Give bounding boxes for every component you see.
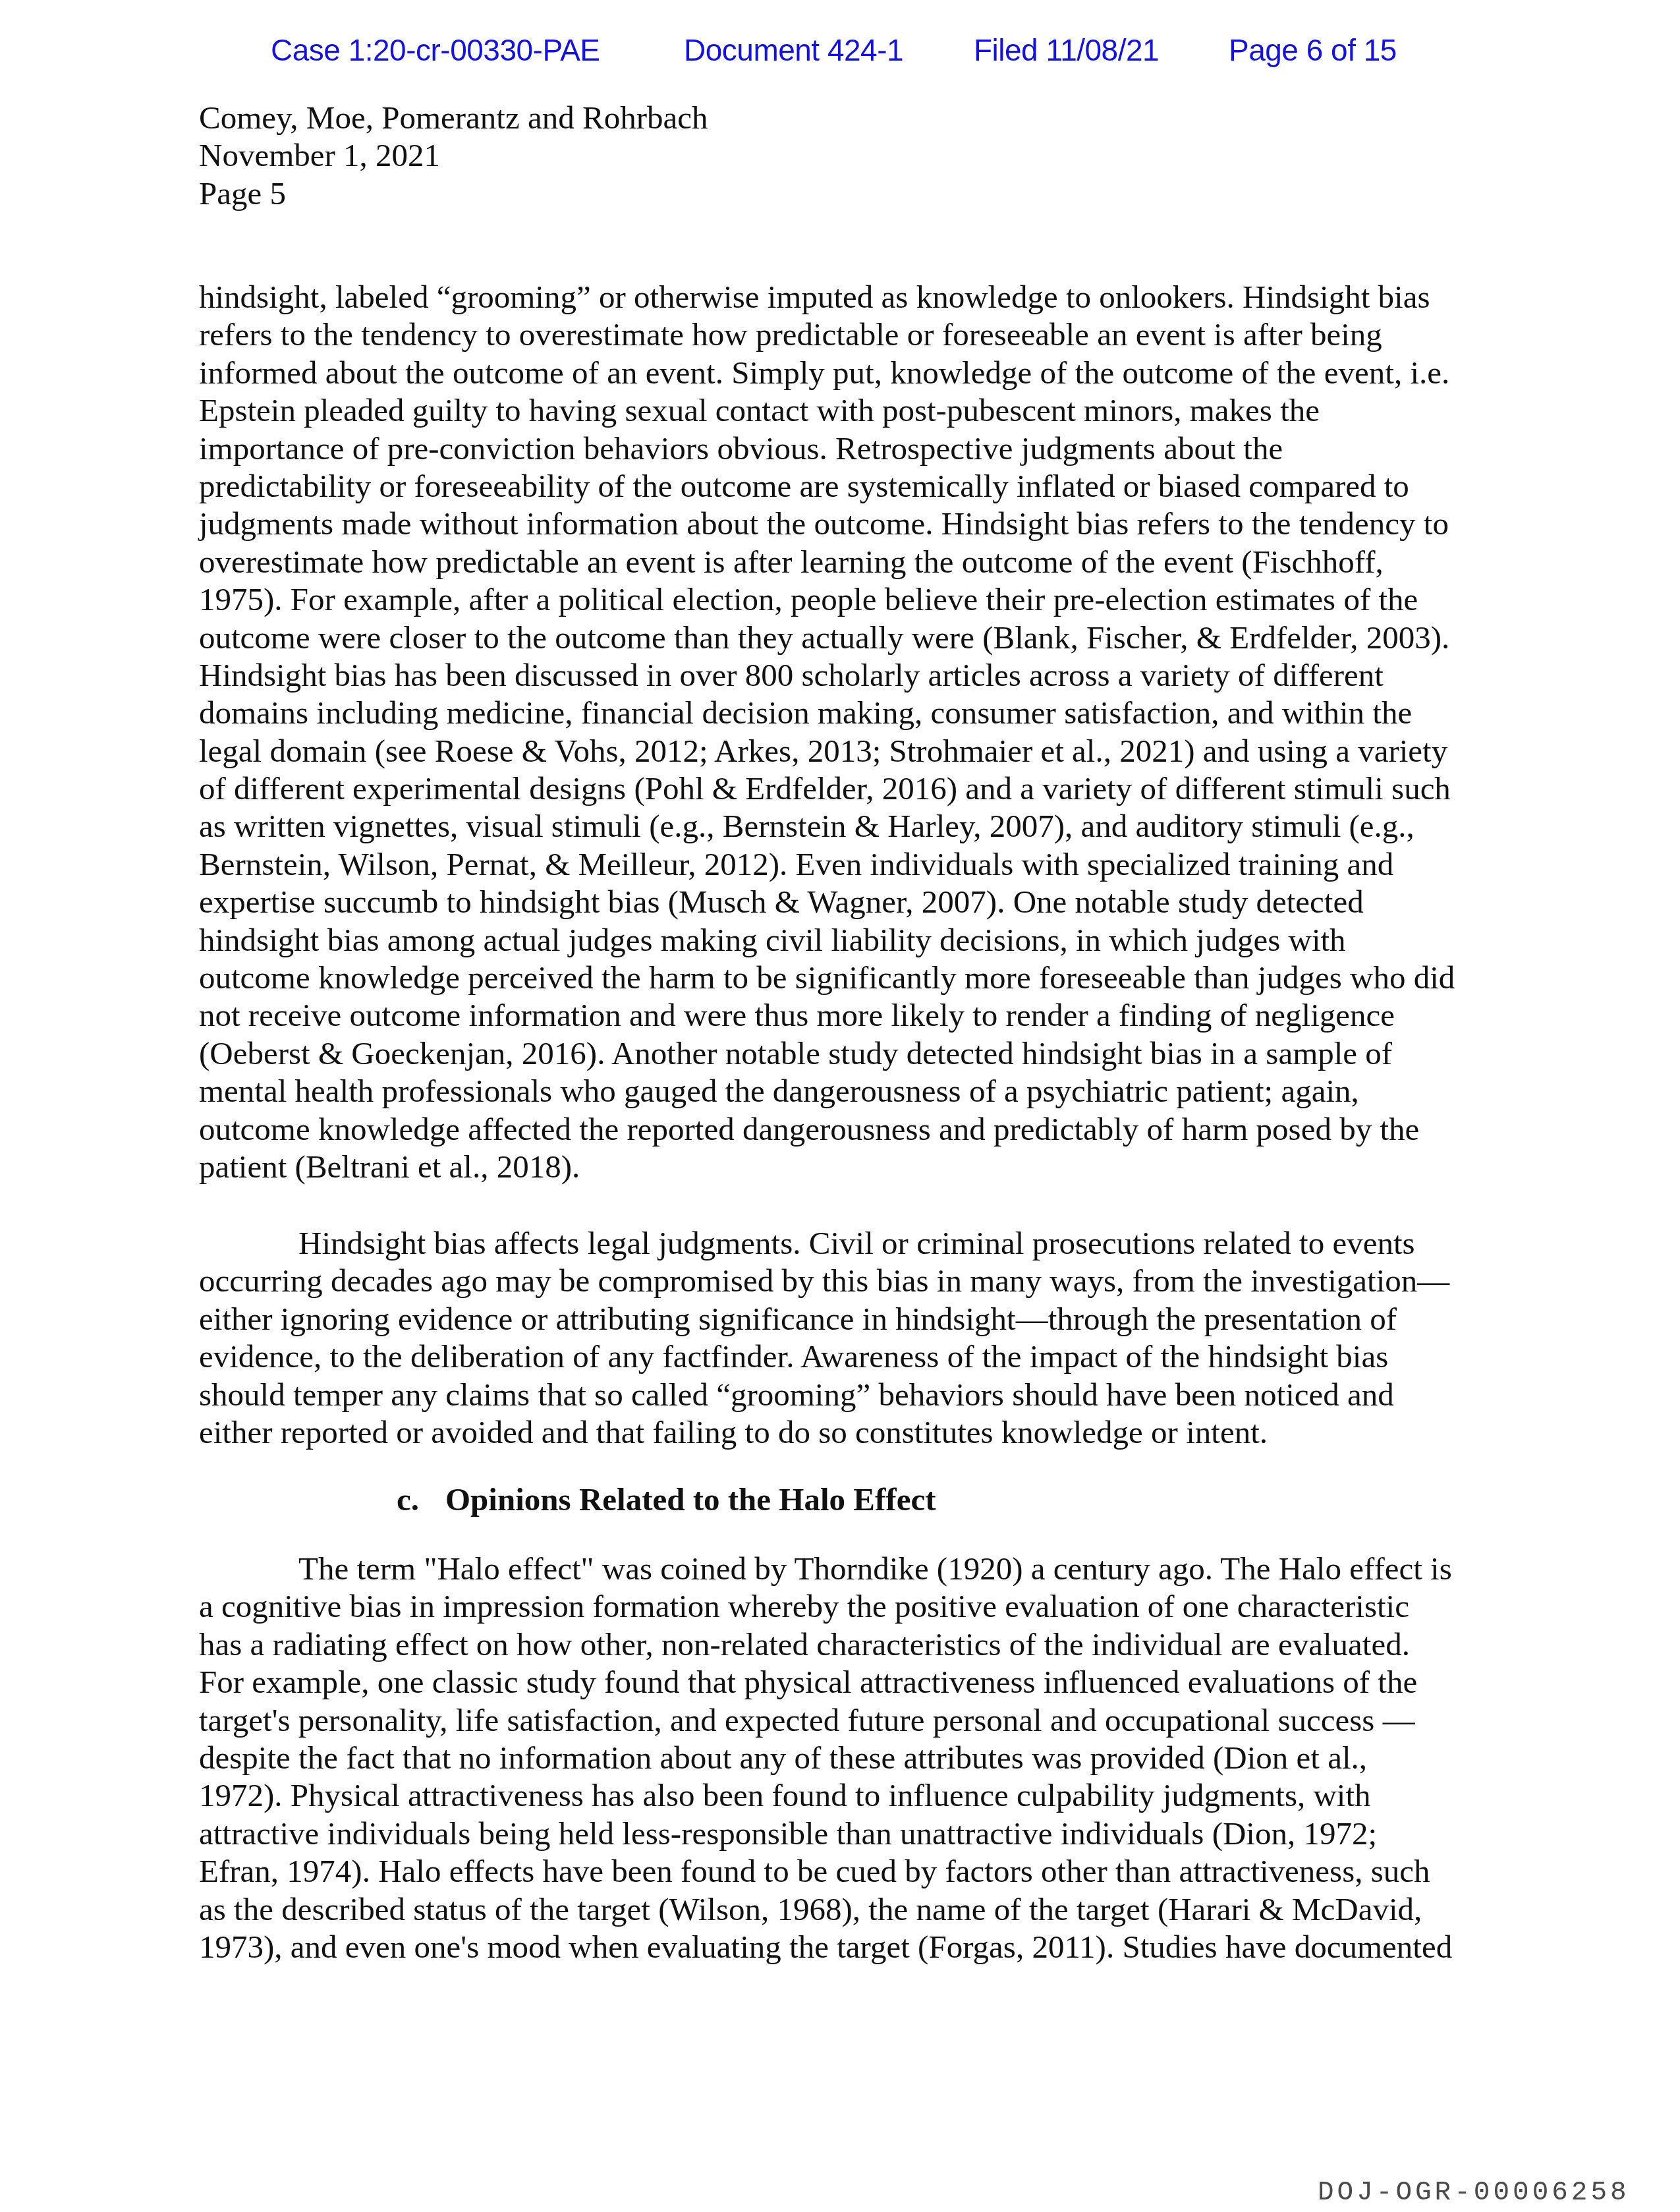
text-line: outcome knowledge affected the reported … — [199, 1110, 1455, 1148]
text-line: domains including medicine, financial de… — [199, 694, 1455, 731]
text-line: either reported or avoided and that fail… — [199, 1413, 1449, 1451]
text-line: predictability or foreseeability of the … — [199, 467, 1455, 505]
text-line: either ignoring evidence or attributing … — [199, 1300, 1449, 1338]
document-page: Case 1:20-cr-00330-PAE Document 424-1 Fi… — [0, 0, 1680, 2212]
ecf-document-number: Document 424-1 — [684, 35, 903, 65]
text-line: judgments made without information about… — [199, 505, 1455, 542]
text-line: 1972). Physical attractiveness has also … — [199, 1776, 1452, 1814]
text-line: informed about the outcome of an event. … — [199, 354, 1455, 391]
paragraph-hindsight-bias-research: hindsight, labeled “grooming” or otherwi… — [199, 278, 1455, 1185]
text-line: expertise succumb to hindsight bias (Mus… — [199, 883, 1455, 921]
text-line: Hindsight bias affects legal judgments. … — [199, 1224, 1449, 1262]
text-line: target's personality, life satisfaction,… — [199, 1701, 1452, 1739]
text-line: 1975). For example, after a political el… — [199, 581, 1455, 618]
text-line: has a radiating effect on how other, non… — [199, 1626, 1452, 1663]
letterhead-page: Page 5 — [199, 175, 708, 212]
paragraph-halo-effect: The term "Halo effect" was coined by Tho… — [199, 1550, 1452, 1966]
section-heading-marker: c. — [397, 1481, 445, 1518]
ecf-case-number: Case 1:20-cr-00330-PAE — [271, 35, 600, 65]
letterhead: Comey, Moe, Pomerantz and Rohrbach Novem… — [199, 99, 708, 212]
text-line: despite the fact that no information abo… — [199, 1739, 1452, 1776]
bates-number: DOJ-OGR-00006258 — [1318, 2178, 1630, 2208]
letterhead-recipients: Comey, Moe, Pomerantz and Rohrbach — [199, 99, 708, 136]
text-line: attractive individuals being held less-r… — [199, 1815, 1452, 1852]
text-line: patient (Beltrani et al., 2018). — [199, 1148, 1455, 1185]
text-line: importance of pre-conviction behaviors o… — [199, 430, 1455, 467]
text-line: of different experimental designs (Pohl … — [199, 770, 1455, 807]
ecf-page-count: Page 6 of 15 — [1229, 35, 1397, 65]
text-line: mental health professionals who gauged t… — [199, 1072, 1455, 1110]
ecf-filed-date: Filed 11/08/21 — [974, 35, 1159, 65]
text-line: outcome knowledge perceived the harm to … — [199, 959, 1455, 996]
text-line: occurring decades ago may be compromised… — [199, 1262, 1449, 1299]
text-line: Efran, 1974). Halo effects have been fou… — [199, 1852, 1452, 1890]
text-line: as the described status of the target (W… — [199, 1890, 1452, 1928]
text-line: 1973), and even one's mood when evaluati… — [199, 1928, 1452, 1966]
text-line: legal domain (see Roese & Vohs, 2012; Ar… — [199, 732, 1455, 770]
text-line: outcome were closer to the outcome than … — [199, 619, 1455, 656]
paragraph-hindsight-legal-judgments: Hindsight bias affects legal judgments. … — [199, 1224, 1449, 1451]
text-line: hindsight, labeled “grooming” or otherwi… — [199, 278, 1455, 316]
text-line: Bernstein, Wilson, Pernat, & Meilleur, 2… — [199, 845, 1455, 883]
text-line: a cognitive bias in impression formation… — [199, 1587, 1452, 1625]
text-line: Epstein pleaded guilty to having sexual … — [199, 391, 1455, 429]
text-line: as written vignettes, visual stimuli (e.… — [199, 807, 1455, 845]
letterhead-date: November 1, 2021 — [199, 136, 708, 174]
text-line: overestimate how predictable an event is… — [199, 543, 1455, 581]
text-line: hindsight bias among actual judges makin… — [199, 921, 1455, 959]
text-line: refers to the tendency to overestimate h… — [199, 316, 1455, 353]
text-line: not receive outcome information and were… — [199, 996, 1455, 1034]
text-line: The term "Halo effect" was coined by Tho… — [199, 1550, 1452, 1587]
text-line: Hindsight bias has been discussed in ove… — [199, 656, 1455, 694]
text-line: evidence, to the deliberation of any fac… — [199, 1338, 1449, 1375]
text-line: (Oeberst & Goeckenjan, 2016). Another no… — [199, 1035, 1455, 1072]
text-line: For example, one classic study found tha… — [199, 1663, 1452, 1701]
section-heading: c.Opinions Related to the Halo Effect — [397, 1481, 936, 1518]
text-line: should temper any claims that so called … — [199, 1376, 1449, 1413]
section-heading-title: Opinions Related to the Halo Effect — [445, 1481, 936, 1517]
